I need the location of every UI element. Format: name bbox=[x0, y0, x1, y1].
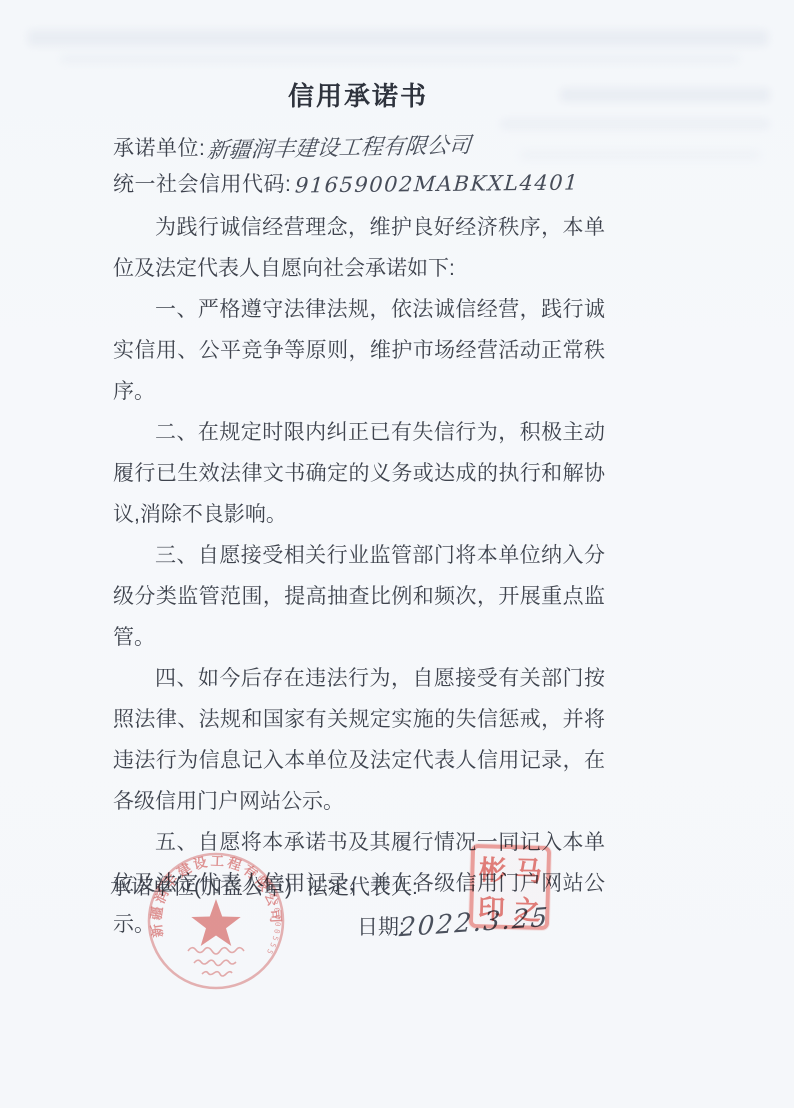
seal-character: 马 bbox=[510, 849, 547, 889]
seal-star-icon bbox=[191, 899, 240, 946]
legal-representative-label: 法定代表人: bbox=[307, 871, 418, 901]
seal-uyghur-script-strokes bbox=[188, 948, 244, 976]
promise-unit-label: 承诺单位: bbox=[113, 137, 205, 160]
body-paragraph: 二、在规定时限内纠正已有失信行为，积极主动履行已生效法律文书确定的义务或达成的执… bbox=[113, 412, 605, 535]
legal-representative-name-seal: 彬 马 印 之 bbox=[469, 844, 551, 930]
credit-code-label: 统一社会信用代码: bbox=[113, 173, 291, 196]
document-body: 为践行诚信经营理念，维护良好经济秩序，本单位及法定代表人自愿向社会承诺如下: 一… bbox=[113, 207, 605, 945]
credit-code-handwritten-value: 91659002MABKXL4401 bbox=[295, 171, 580, 198]
seal-character: 之 bbox=[509, 888, 546, 928]
credit-code-row: 统一社会信用代码:91659002MABKXL4401 bbox=[113, 168, 579, 198]
promise-unit-row: 承诺单位:新疆润丰建设工程有限公司 bbox=[113, 131, 471, 162]
seal-character: 彬 bbox=[474, 848, 511, 888]
bleed-through-ghosting bbox=[500, 118, 770, 130]
scanned-document-page: 信用承诺书 承诺单位:新疆润丰建设工程有限公司 统一社会信用代码:9165900… bbox=[0, 0, 794, 1108]
promise-unit-handwritten-value: 新疆润丰建设工程有限公司 bbox=[206, 128, 473, 165]
body-paragraph: 四、如今后存在违法行为，自愿接受有关部门按照法律、法规和国家有关规定实施的失信惩… bbox=[113, 658, 605, 822]
seal-character: 印 bbox=[473, 887, 510, 927]
bleed-through-ghosting bbox=[28, 30, 768, 46]
company-seal-stamp: 新疆润丰建设工程有限公司 8621230000555 bbox=[144, 849, 288, 993]
document-title: 信用承诺书 bbox=[113, 76, 603, 113]
bleed-through-ghosting bbox=[520, 150, 760, 160]
bleed-through-ghosting bbox=[60, 54, 740, 64]
body-paragraph: 一、严格遵守法律法规，依法诚信经营，践行诚实信用、公平竞争等原则，维护市场经营活… bbox=[113, 289, 605, 412]
body-paragraph: 三、自愿接受相关行业监管部门将本单位纳入分级分类监管范围，提高抽查比例和频次，开… bbox=[113, 535, 605, 658]
body-paragraph: 为践行诚信经营理念，维护良好经济秩序，本单位及法定代表人自愿向社会承诺如下: bbox=[113, 207, 605, 289]
